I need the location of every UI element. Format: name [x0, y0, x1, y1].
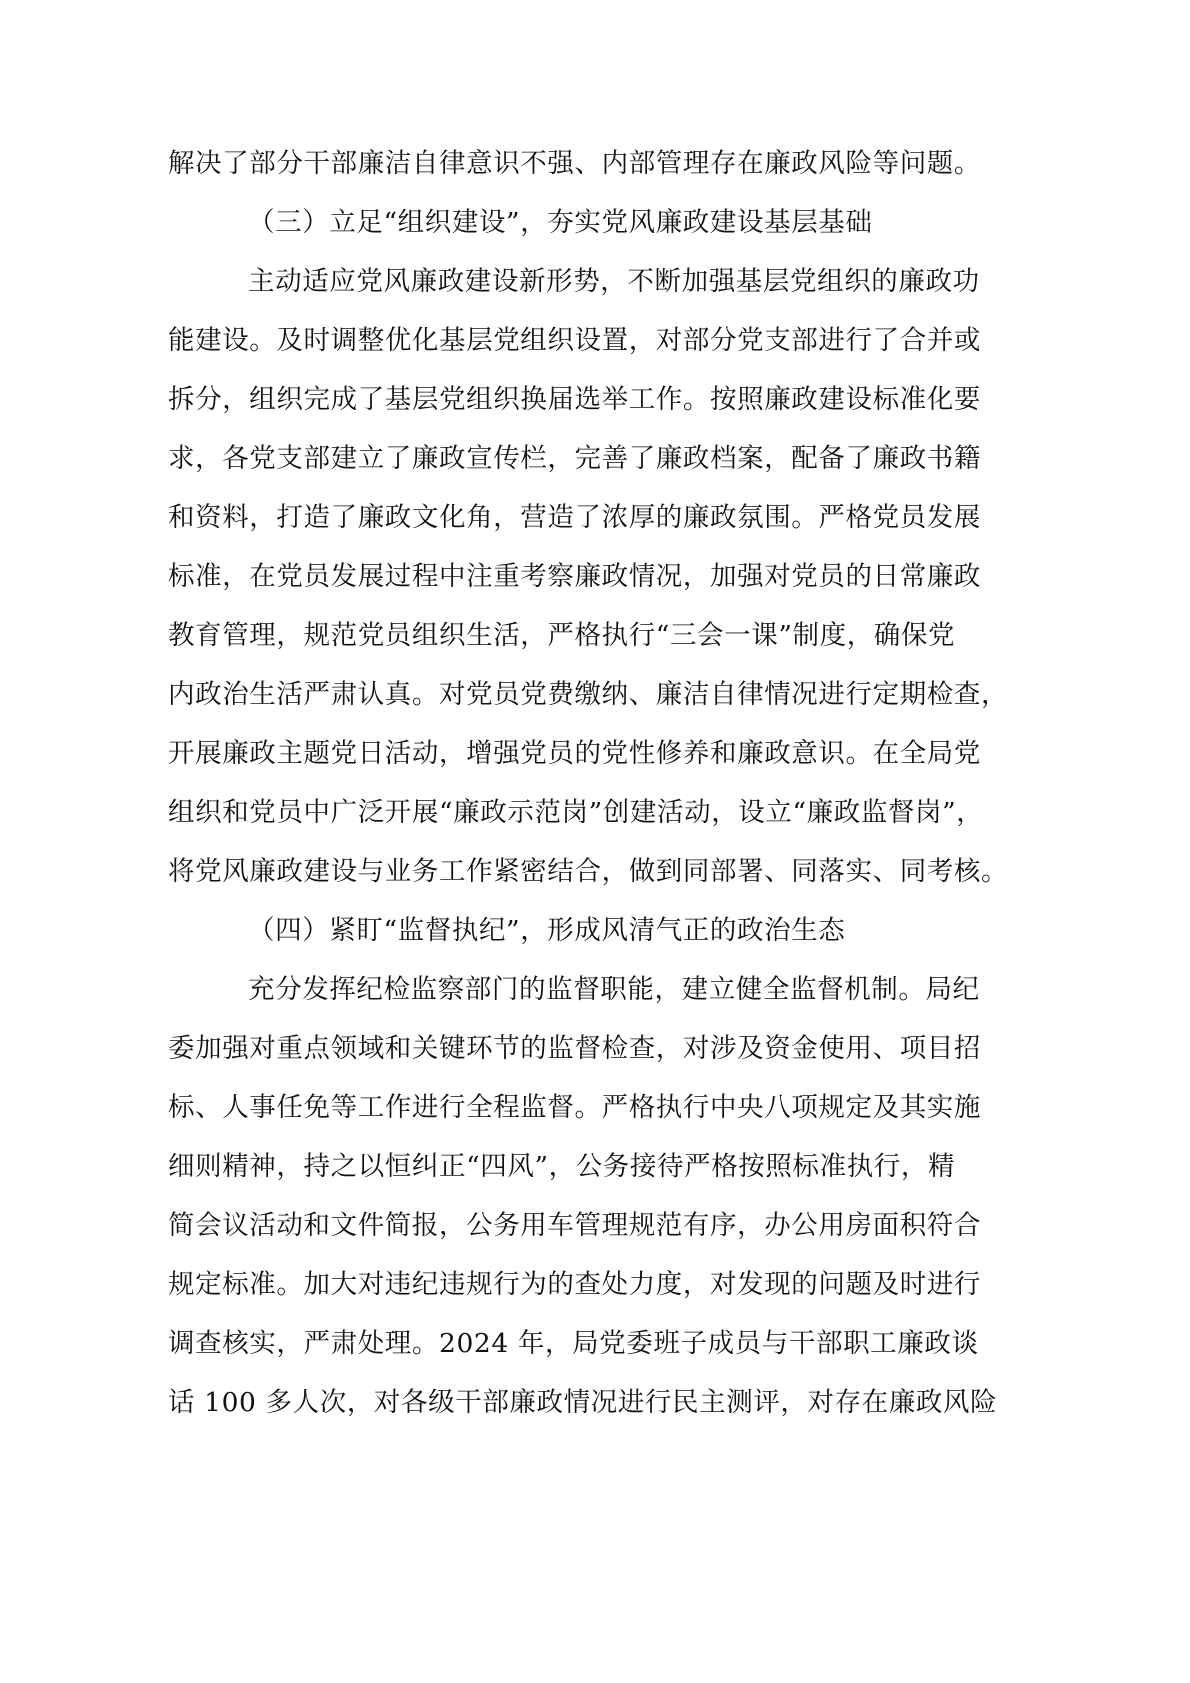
body-line: 开展廉政主题党日活动，增强党员的党性修养和廉政意识。在全局党 [168, 737, 981, 771]
body-line: 调查核实，严肃处理。2024 年，局党委班子成员与干部职工廉政谈 [168, 1327, 979, 1361]
body-line: 拆分，组织完成了基层党组织换届选举工作。按照廉政建设标准化要 [168, 383, 981, 417]
body-line: 解决了部分干部廉洁自律意识不强、内部管理存在廉政风险等问题。 [168, 147, 981, 181]
body-line: 求，各党支部建立了廉政宣传栏，完善了廉政档案，配备了廉政书籍 [168, 442, 981, 476]
body-line: 组织和党员中广泛开展“廉政示范岗”创建活动，设立“廉政监督岗”， [168, 796, 983, 830]
body-line: 和资料，打造了廉政文化角，营造了浓厚的廉政氛围。严格党员发展 [168, 501, 981, 535]
body-line: 简会议活动和文件简报，公务用车管理规范有序，办公用房面积符合 [168, 1209, 981, 1243]
body-line: 委加强对重点领域和关键环节的监督检查，对涉及资金使用、项目招 [168, 1032, 981, 1066]
body-line: 细则精神，持之以恒纠正“四风”，公务接待严格按照标准执行，精 [168, 1150, 955, 1184]
body-line: 规定标准。加大对违纪违规行为的查处力度，对发现的问题及时进行 [168, 1268, 981, 1302]
paragraph-start: 充分发挥纪检监察部门的监督职能，建立健全监督机制。局纪 [248, 973, 980, 1007]
body-line: 教育管理，规范党员组织生活，严格执行“三会一课”制度，确保党 [168, 619, 955, 653]
body-line: 标、人事任免等工作进行全程监督。严格执行中央八项规定及其实施 [168, 1091, 981, 1125]
section-heading-3: （三）立足“组织建设”，夯实党风廉政建设基层基础 [248, 206, 873, 240]
body-line: 内政治生活严肃认真。对党员党费缴纳、廉洁自律情况进行定期检查， [168, 678, 1008, 712]
body-line: 将党风廉政建设与业务工作紧密结合，做到同部署、同落实、同考核。 [168, 855, 1008, 889]
body-line: 话 100 多人次，对各级干部廉政情况进行民主测评，对存在廉政风险 [168, 1386, 997, 1420]
body-line: 能建设。及时调整优化基层党组织设置，对部分党支部进行了合并或 [168, 324, 981, 358]
section-heading-4: （四）紧盯“监督执纪”，形成风清气正的政治生态 [248, 914, 845, 948]
body-line: 标准，在党员发展过程中注重考察廉政情况，加强对党员的日常廉政 [168, 560, 981, 594]
paragraph-start: 主动适应党风廉政建设新形势，不断加强基层党组织的廉政功 [248, 265, 980, 299]
